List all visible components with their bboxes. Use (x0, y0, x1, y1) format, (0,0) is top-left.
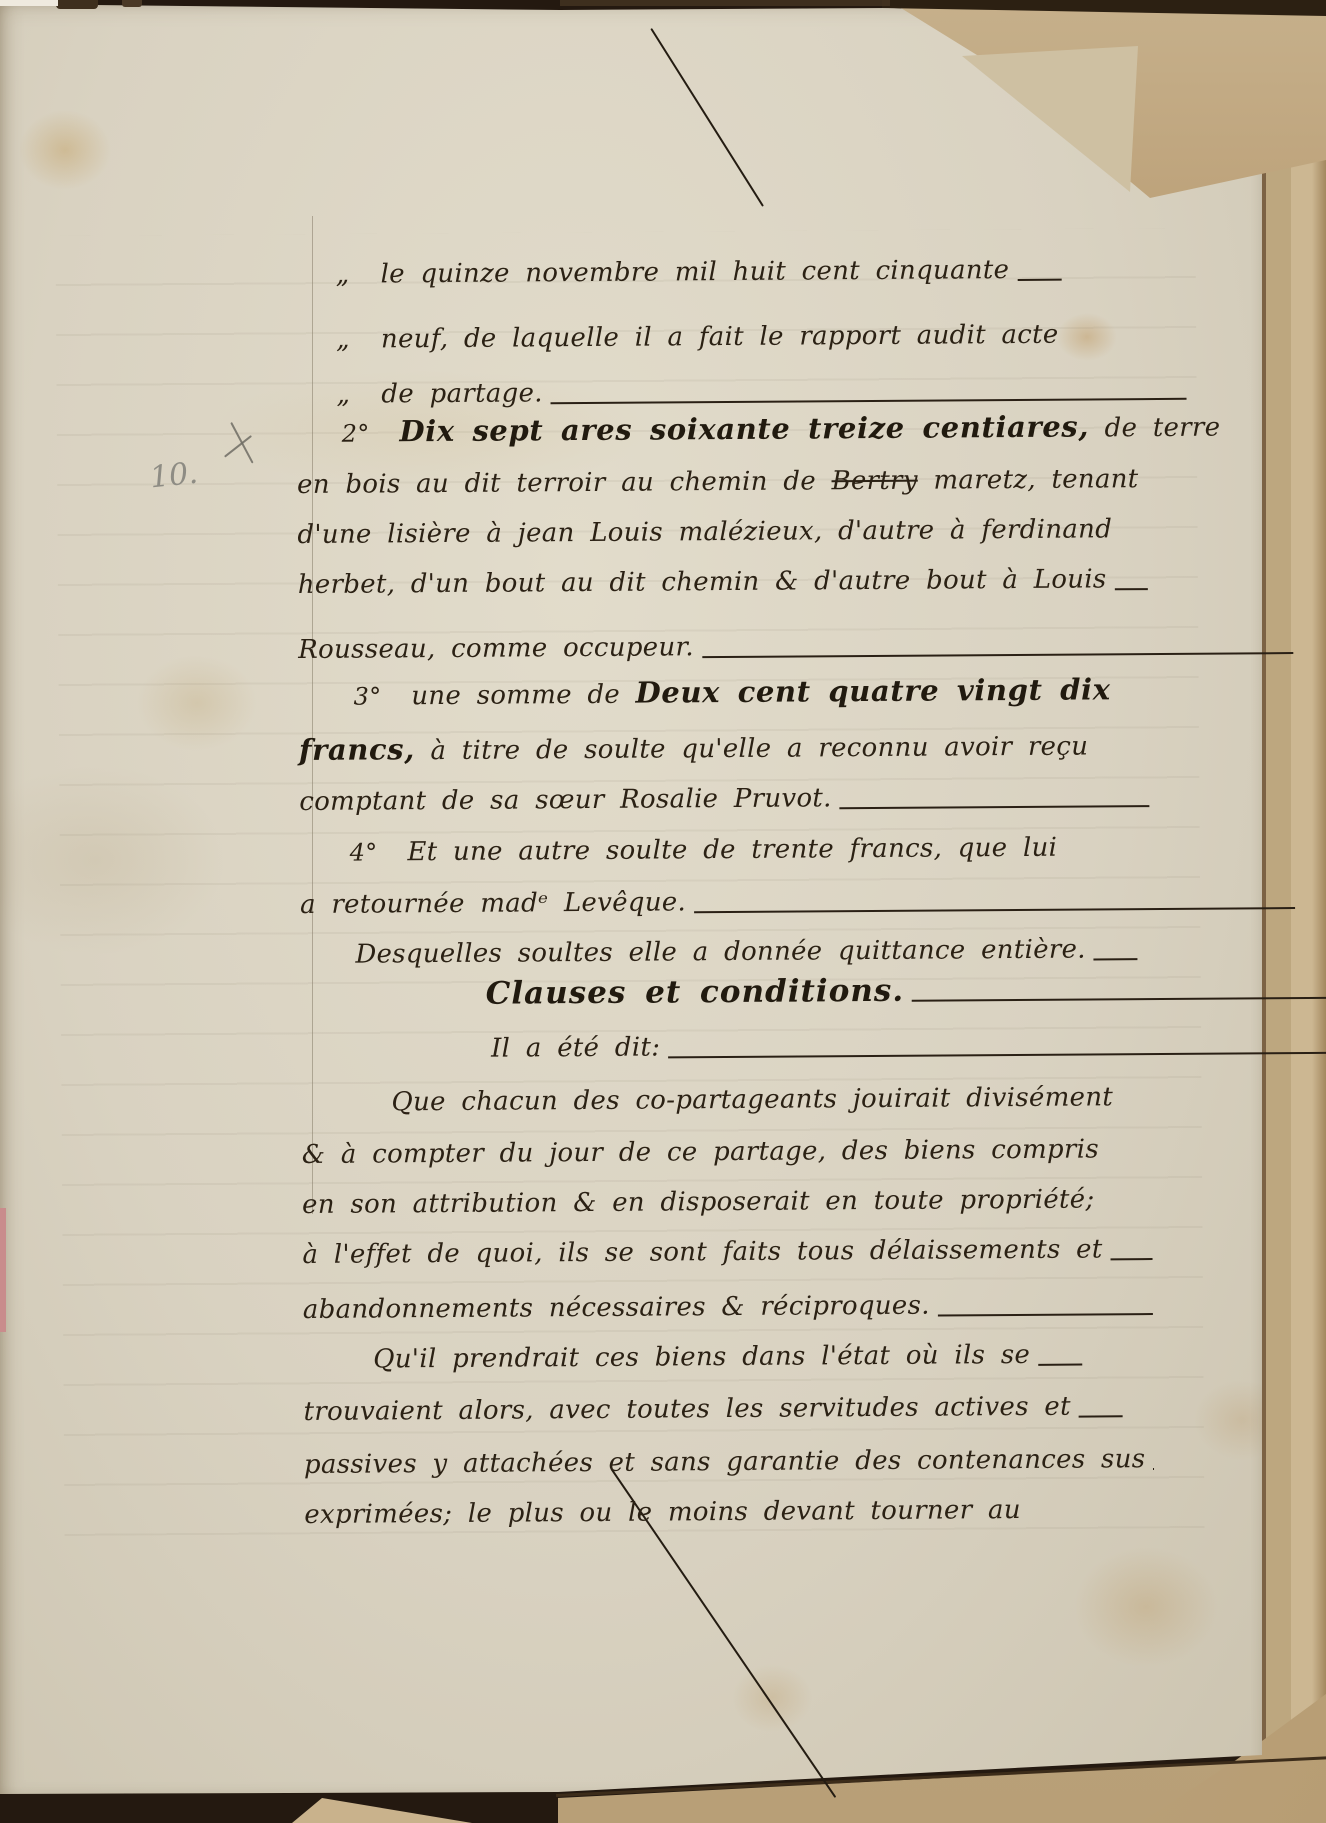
filler-rule (1038, 1364, 1082, 1366)
filler-rule (938, 1313, 1153, 1317)
text-segment: comptant de sa sœur Rosalie Pruvot. (299, 778, 832, 822)
text-segment: Et une autre soulte de trente francs, qu… (407, 828, 1057, 873)
manuscript-line: Que chacun des co-partageants jouirait d… (301, 1076, 1241, 1123)
manuscript-line: exprimées; le plus ou le moins devant to… (304, 1489, 1154, 1535)
text-segment: herbet, d'un bout au dit chemin & d'autr… (298, 559, 1107, 605)
manuscript-line: abandonnements nécessaires & réciproques… (303, 1284, 1153, 1330)
text-segment: Que chacun des co-partageants jouirait d… (391, 1077, 1113, 1122)
text-segment: une somme de (411, 675, 636, 717)
manuscript-line: Qu'il prendrait ces biens dans l'état où… (303, 1334, 1223, 1380)
manuscript-text: „ le quinze novembre mil huit cent cinqu… (0, 0, 1326, 1823)
manuscript-line: en bois au dit terroir au chemin de Bert… (297, 459, 1147, 505)
text-segment: & à compter du jour de ce partage, des b… (302, 1129, 1099, 1175)
text-segment: francs, (299, 729, 415, 770)
filler-rule (1094, 958, 1138, 960)
manuscript-line: Rousseau, comme occupeur. (298, 623, 1293, 670)
filler-rule (702, 652, 1293, 658)
text-segment: a retournée madᵉ Levêque. (300, 882, 686, 925)
text-segment: Il a été dit: (491, 1027, 660, 1068)
manuscript-line: 3° une somme de Deux cent quatre vingt d… (298, 669, 1203, 717)
text-segment: de terre (1089, 408, 1221, 449)
manuscript-line: a retournée madᵉ Levêque. (300, 878, 1295, 925)
manuscript-line: francs, à titre de soulte qu'elle a reco… (299, 724, 1149, 772)
manuscript-line: „ neuf, de laquelle il a fait le rapport… (296, 314, 1186, 360)
text-segment: Qu'il prendrait ces biens dans l'état où… (373, 1335, 1030, 1380)
filler-rule (551, 398, 1187, 404)
manuscript-line: Il a été dit: (301, 1023, 1326, 1070)
text-segment: maretz, tenant (918, 459, 1139, 501)
text-segment: Dix sept ares soixante treize centiares, (399, 406, 1089, 451)
text-segment: à titre de soulte qu'elle a reconnu avoi… (415, 726, 1089, 771)
text-segment: passives y attachées et sans garantie de… (304, 1439, 1146, 1485)
manuscript-line: 4° Et une autre soulte de trente francs,… (300, 827, 1200, 873)
manuscript-line: trouvaient alors, avec toutes les servit… (303, 1386, 1153, 1432)
filler-rule (840, 805, 1150, 809)
filler-rule (668, 1052, 1326, 1059)
scanned-document-page: 10. „ le quinze novembre mil huit cent c… (0, 0, 1326, 1823)
manuscript-line: & à compter du jour de ce partage, des b… (302, 1129, 1152, 1175)
text-segment: exprimées; le plus ou le moins devant to… (304, 1490, 1021, 1535)
text-segment: Deux cent quatre vingt dix (635, 669, 1110, 712)
manuscript-line: à l'effet de quoi, ils se sont faits tou… (302, 1229, 1152, 1275)
text-segment: Desquelles soultes elle a donnée quittan… (355, 930, 1086, 975)
manuscript-line: en son attribution & en disposerait en t… (302, 1179, 1152, 1225)
manuscript-line: Desquelles soultes elle a donnée quittan… (300, 929, 1205, 975)
filler-rule (1017, 279, 1061, 281)
text-segment: abandonnements nécessaires & réciproques… (303, 1286, 930, 1330)
filler-rule (1079, 1415, 1123, 1417)
filler-rule (1115, 588, 1148, 590)
filler-rule (694, 907, 1295, 913)
filler-rule (912, 997, 1326, 1002)
text-segment: en son attribution & en disposerait en t… (302, 1179, 1095, 1225)
text-segment: Bertry (831, 461, 918, 502)
filler-rule (1153, 1468, 1154, 1470)
text-segment: Rousseau, comme occupeur. (298, 627, 694, 670)
text-segment: en bois au dit terroir au chemin de (297, 461, 832, 505)
manuscript-line: comptant de sa sœur Rosalie Pruvot. (299, 776, 1149, 822)
filler-rule (1111, 1258, 1153, 1260)
text-segment: trouvaient alors, avec toutes les servit… (303, 1387, 1070, 1432)
manuscript-line: herbet, d'un bout au dit chemin & d'autr… (298, 559, 1148, 605)
text-segment: „ de partage. (336, 373, 543, 414)
text-segment: d'une lisière à jean Louis malézieux, d'… (297, 509, 1112, 555)
manuscript-line: d'une lisière à jean Louis malézieux, d'… (297, 509, 1147, 555)
text-segment: „ neuf, de laquelle il a fait le rapport… (336, 315, 1059, 360)
manuscript-line: „ le quinze novembre mil huit cent cinqu… (295, 249, 1185, 295)
text-segment: 4° (350, 832, 408, 872)
section-heading: Clauses et conditions. (301, 968, 1326, 1015)
text-segment: à l'effet de quoi, ils se sont faits tou… (302, 1229, 1102, 1275)
manuscript-line: passives y attachées et sans garantie de… (304, 1439, 1154, 1485)
manuscript-line: 2° Dix sept ares soixante treize centiar… (297, 406, 1192, 454)
text-segment: 3° (353, 676, 411, 716)
text-segment: Clauses et conditions. (486, 971, 905, 1014)
text-segment: „ le quinze novembre mil huit cent cinqu… (335, 250, 1009, 295)
text-segment: 2° (342, 413, 400, 453)
